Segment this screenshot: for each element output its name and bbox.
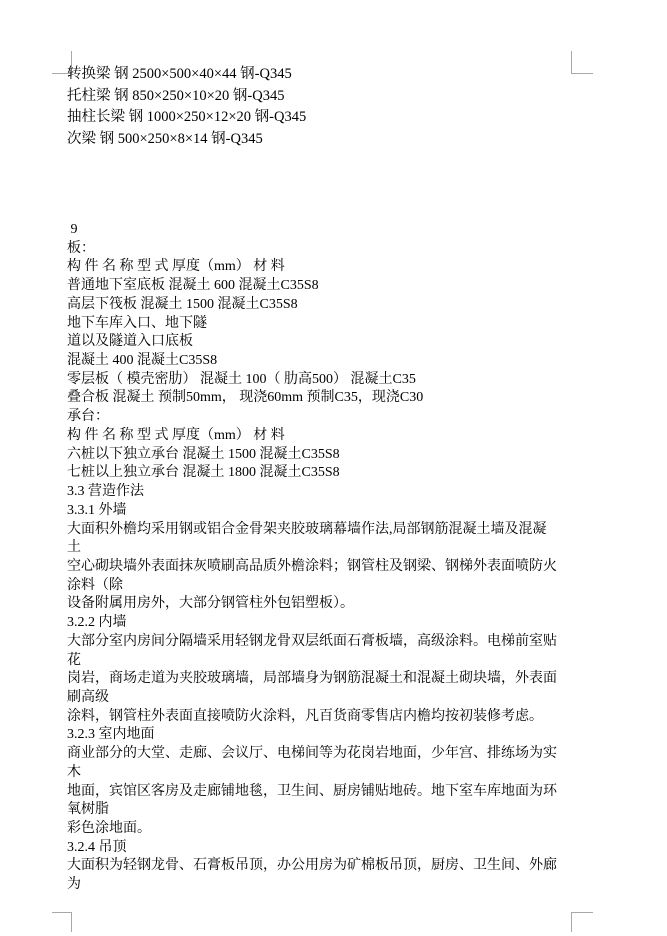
table-row: 叠合板 混凝土 预制50mm， 现浇60mm 预制C35，现浇C30 bbox=[67, 389, 607, 408]
text-line: 彩色涂地面。 bbox=[67, 820, 607, 839]
section-heading: 3.3.1 外墙 bbox=[67, 502, 607, 521]
text-line: 商业部分的大堂、走廊、会议厅、电梯间等为花岗岩地面，少年宫、排练场为实 bbox=[67, 745, 607, 764]
table-caption: 承台： bbox=[67, 408, 607, 427]
text-line: 刷高级 bbox=[67, 689, 607, 708]
beam-schedule-block: 转换梁 钢 2500×500×40×44 钢-Q345 托柱梁 钢 850×25… bbox=[67, 64, 607, 151]
table-row: 高层下筏板 混凝土 1500 混凝土C35S8 bbox=[67, 296, 607, 315]
text-line: 大面积外檐均采用钢或铝合金骨架夹胶玻璃幕墙作法,局部钢筋混凝土墙及混凝 bbox=[67, 521, 607, 540]
section-heading: 3.2.4 吊顶 bbox=[67, 839, 607, 858]
table-row: 零层板（ 模壳密肋） 混凝土 100（ 肋高500） 混凝土C35 bbox=[67, 371, 607, 390]
section-heading: 3.3 营造作法 bbox=[67, 483, 607, 502]
text-line: 为 bbox=[67, 876, 607, 895]
text-line: 氧树脂 bbox=[67, 801, 607, 820]
table-row: 普通地下室底板 混凝土 600 混凝土C35S8 bbox=[67, 277, 607, 296]
text-line: 涂料，钢管柱外表面直接喷防火涂料，凡百货商零售店内檐均按初装修考虑。 bbox=[67, 708, 607, 727]
document-body: 9 板： 构 件 名 称 型 式 厚度（mm） 材 料 普通地下室底板 混凝土 … bbox=[67, 221, 607, 895]
table-header-row: 构 件 名 称 型 式 厚度（mm） 材 料 bbox=[67, 258, 607, 277]
text-line: 大部分室内房间分隔墙采用轻钢龙骨双层纸面石膏板墙，高级涂料。电梯前室贴 bbox=[67, 633, 607, 652]
table-row: 道以及隧道入口底板 bbox=[67, 333, 607, 352]
text-line: 涂料（除 bbox=[67, 577, 607, 596]
text-line: 木 bbox=[67, 764, 607, 783]
text-boundary-mark-bottom-right bbox=[571, 912, 593, 932]
table-row: 地下车库入口、地下隧 bbox=[67, 315, 607, 334]
text-line: 地面，宾馆区客房及走廊铺地毯，卫生间、厨房铺贴地砖。地下室车库地面为环 bbox=[67, 783, 607, 802]
text-line: 次梁 钢 500×250×8×14 钢-Q345 bbox=[67, 129, 607, 151]
text-line: 空心砌块墙外表面抹灰喷刷高品质外檐涂料；钢管柱及钢梁、钢梯外表面喷防火 bbox=[67, 558, 607, 577]
text-line: 设备附属用房外，大部分钢管柱外包铝塑板）。 bbox=[67, 595, 607, 614]
table-caption: 板： bbox=[67, 240, 607, 259]
document-page: 转换梁 钢 2500×500×40×44 钢-Q345 托柱梁 钢 850×25… bbox=[0, 0, 667, 936]
text-line: 抽柱长梁 钢 1000×250×12×20 钢-Q345 bbox=[67, 107, 607, 129]
text-line: 花 bbox=[67, 652, 607, 671]
text-line: 土 bbox=[67, 539, 607, 558]
table-row: 七桩以上独立承台 混凝土 1800 混凝土C35S8 bbox=[67, 464, 607, 483]
table-row: 六桩以下独立承台 混凝土 1500 混凝土C35S8 bbox=[67, 446, 607, 465]
table-row: 混凝土 400 混凝土C35S8 bbox=[67, 352, 607, 371]
text-boundary-mark-bottom-left bbox=[52, 912, 72, 932]
text-line: 转换梁 钢 2500×500×40×44 钢-Q345 bbox=[67, 64, 607, 86]
page-number: 9 bbox=[67, 221, 607, 240]
text-line: 岗岩，商场走道为夹胶玻璃墙，局部墙身为钢筋混凝土和混凝土砌块墙，外表面 bbox=[67, 670, 607, 689]
table-header-row: 构 件 名 称 型 式 厚度（mm） 材 料 bbox=[67, 427, 607, 446]
text-line: 托柱梁 钢 850×250×10×20 钢-Q345 bbox=[67, 86, 607, 108]
section-heading: 3.2.3 室内地面 bbox=[67, 726, 607, 745]
text-line: 大面积为轻钢龙骨、石膏板吊顶，办公用房为矿棉板吊顶，厨房、卫生间、外廊 bbox=[67, 857, 607, 876]
section-heading: 3.2.2 内墙 bbox=[67, 614, 607, 633]
